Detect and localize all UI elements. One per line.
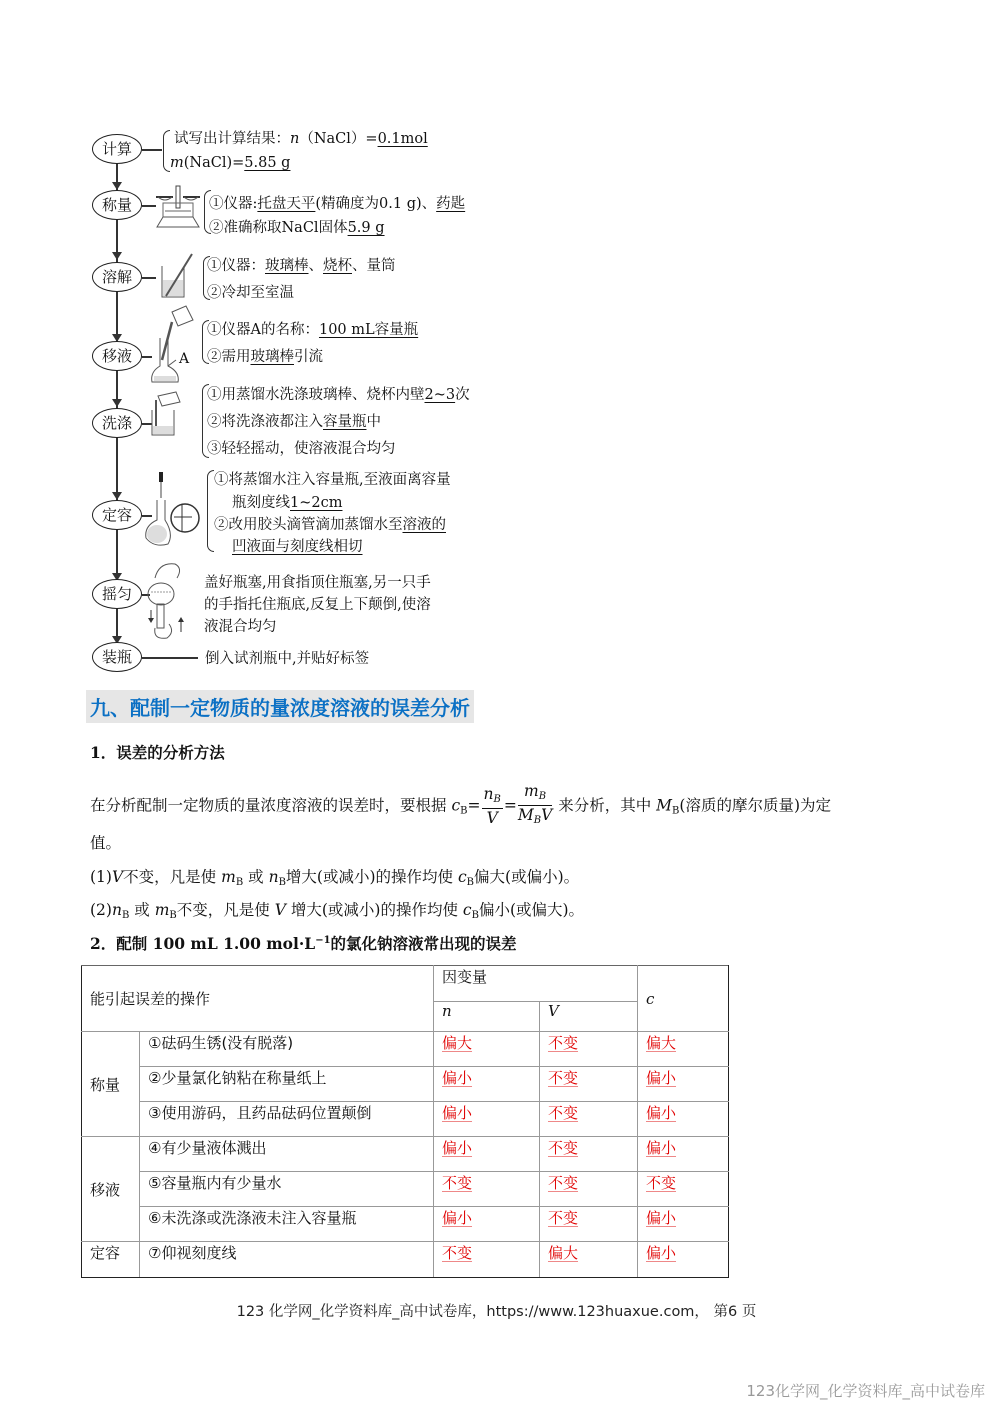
watermark: 123化学网_化学资料库_高中试卷库 [746,1380,985,1401]
v-effect: 不变 [548,1209,578,1227]
c-effect: 偏小 [646,1244,676,1262]
wash-line-3: ③轻轻摇动，使溶液混合均匀 [207,437,396,458]
dropper-flask-meniscus-icon [140,470,206,550]
transfer-line-1: ①仪器A的名称：100 mL容量瓶 [207,318,418,339]
step-weigh: 称量 [92,190,142,220]
table-row: ⑥未洗涤或洗涤液未注入容量瓶 偏小 不变 偏小 [82,1207,729,1242]
v-effect: 不变 [548,1034,578,1052]
shaking-flask-icon [145,560,191,642]
calc-line-2: m(NaCl)=5.85 g [170,155,290,171]
subheading-errors: 2．配制 100 mL 1.00 mol·L−1的氯化钠溶液常出现的误差 [90,932,517,954]
operation-cell: ④有少量液体溅出 [140,1137,434,1172]
subheading-method: 1．误差的分析方法 [90,741,225,763]
weigh-line-2: ②准确称取NaCl固体5.9 g [209,216,385,237]
fix-line-1: ①将蒸馏水注入容量瓶,至液面离容量 [214,468,451,489]
step-wash: 洗涤 [92,408,142,438]
rule-2: (2)nB 或 mB不变，凡是使 V 增大(或减小)的操作均使 cB偏小(或偏大… [90,898,584,921]
fix-line-4: 凹液面与刻度线相切 [232,535,363,556]
header-n: n [434,1002,540,1032]
n-effect: 不变 [442,1174,472,1192]
beaker-illustration-icon [158,252,198,300]
fraction-nb-v: nBV [482,786,503,827]
step-transfer: 移液 [92,341,142,371]
paragraph-formula: 在分析配制一定物质的量浓度溶液的误差时，要根据 cB=nBV=mBMBV 来分析… [90,783,831,830]
header-operation: 能引起误差的操作 [82,966,434,1032]
balance-illustration-icon [153,183,203,233]
connector [142,149,162,151]
arrow-icon [112,492,122,500]
header-v: V [540,1002,638,1032]
wash-line-1: ①用蒸馏水洗涤玻璃棒、烧杯内壁2~3次 [207,383,470,404]
brace [207,470,214,552]
v-effect: 不变 [548,1069,578,1087]
fraction-mb-mbv: mBMBV [518,783,552,830]
shake-line-1: 盖好瓶塞,用食指顶住瓶塞,另一只手 [204,571,431,592]
connector [142,657,198,659]
v-effect: 不变 [548,1174,578,1192]
wash-beaker-icon [148,390,184,438]
brace [163,130,170,172]
connector [142,277,156,279]
v-effect: 偏大 [548,1244,578,1262]
operation-cell: ②少量氯化钠粘在称量纸上 [140,1067,434,1102]
operation-cell: ⑥未洗涤或洗涤液未注入容量瓶 [140,1207,434,1242]
step-shake: 摇匀 [92,579,142,609]
header-c: c [638,966,729,1032]
table-row: 称量 ①砝码生锈(没有脱落) 偏大 不变 偏大 [82,1032,729,1067]
arrow-icon [112,182,122,190]
arrow-icon [112,399,122,407]
group-make-volume: 定容 [82,1242,140,1278]
page-footer: 123 化学网_化学资料库_高中试卷库，https://www.123huaxu… [0,1300,993,1321]
error-analysis-table: 能引起误差的操作 因变量 c n V 称量 ①砝码生锈(没有脱落) 偏大 不变 … [81,965,729,1278]
operation-cell: ⑦仰视刻度线 [140,1242,434,1278]
step-calculate: 计算 [92,134,142,164]
c-effect: 偏小 [646,1139,676,1157]
n-effect: 偏小 [442,1209,472,1227]
n-effect: 偏小 [442,1069,472,1087]
c-effect: 不变 [646,1174,676,1192]
paragraph-formula-cont: 值。 [90,831,121,853]
group-weigh: 称量 [82,1032,140,1137]
weigh-line-1: ①仪器:托盘天平(精确度为0.1 g)、药匙 [209,192,465,213]
calc-line-1: 试写出计算结果：n（NaCl）=0.1mol [174,127,428,148]
c-effect: 偏小 [646,1069,676,1087]
operation-cell: ⑤容量瓶内有少量水 [140,1172,434,1207]
step-dissolve: 溶解 [92,262,142,292]
fix-line-3: ②改用胶头滴管滴加蒸馏水至溶液的 [214,513,446,534]
transfer-line-2: ②需用玻璃棒引流 [207,345,323,366]
n-effect: 偏小 [442,1104,472,1122]
header-dependent-variable: 因变量 [434,966,638,1002]
bottle-line: 倒入试剂瓶中,并贴好标签 [205,647,369,668]
step-bottle: 装瓶 [92,642,142,672]
c-effect: 偏大 [646,1034,676,1052]
dissolve-line-1: ①仪器：玻璃棒、烧杯、量筒 [207,254,396,275]
table-row: 移液 ④有少量液体溅出 偏小 不变 偏小 [82,1137,729,1172]
n-effect: 偏小 [442,1139,472,1157]
table-row: ③使用游码，且药品砝码位置颠倒 偏小 不变 偏小 [82,1102,729,1137]
v-effect: 不变 [548,1139,578,1157]
step-make-volume: 定容 [92,500,142,530]
table-row: 定容 ⑦仰视刻度线 不变 偏大 偏小 [82,1242,729,1278]
operation-cell: ①砝码生锈(没有脱落) [140,1032,434,1067]
dissolve-line-2: ②冷却至室温 [207,281,294,302]
c-effect: 偏小 [646,1104,676,1122]
n-effect: 偏大 [442,1034,472,1052]
n-effect: 不变 [442,1244,472,1262]
rule-1: (1)V不变，凡是使 mB 或 nB增大(或减小)的操作均使 cB偏大(或偏小)… [90,865,579,888]
fix-line-2: 瓶刻度线1~2cm [232,491,342,512]
operation-cell: ③使用游码，且药品砝码位置颠倒 [140,1102,434,1137]
shake-line-3: 液混合均匀 [204,615,277,636]
section-title: 九、配制一定物质的量浓度溶液的误差分析 [86,690,474,723]
arrow-icon [112,252,122,260]
c-effect: 偏小 [646,1209,676,1227]
table-row: ⑤容量瓶内有少量水 不变 不变 不变 [82,1172,729,1207]
wash-line-2: ②将洗涤液都注入容量瓶中 [207,410,381,431]
flask-label-a: A [179,351,189,367]
shake-line-2: 的手指托住瓶底,反复上下颠倒,使溶 [204,593,431,614]
v-effect: 不变 [548,1104,578,1122]
volumetric-flask-transfer-icon [148,304,198,386]
table-row: ②少量氯化钠粘在称量纸上 偏小 不变 偏小 [82,1067,729,1102]
group-transfer: 移液 [82,1137,140,1242]
